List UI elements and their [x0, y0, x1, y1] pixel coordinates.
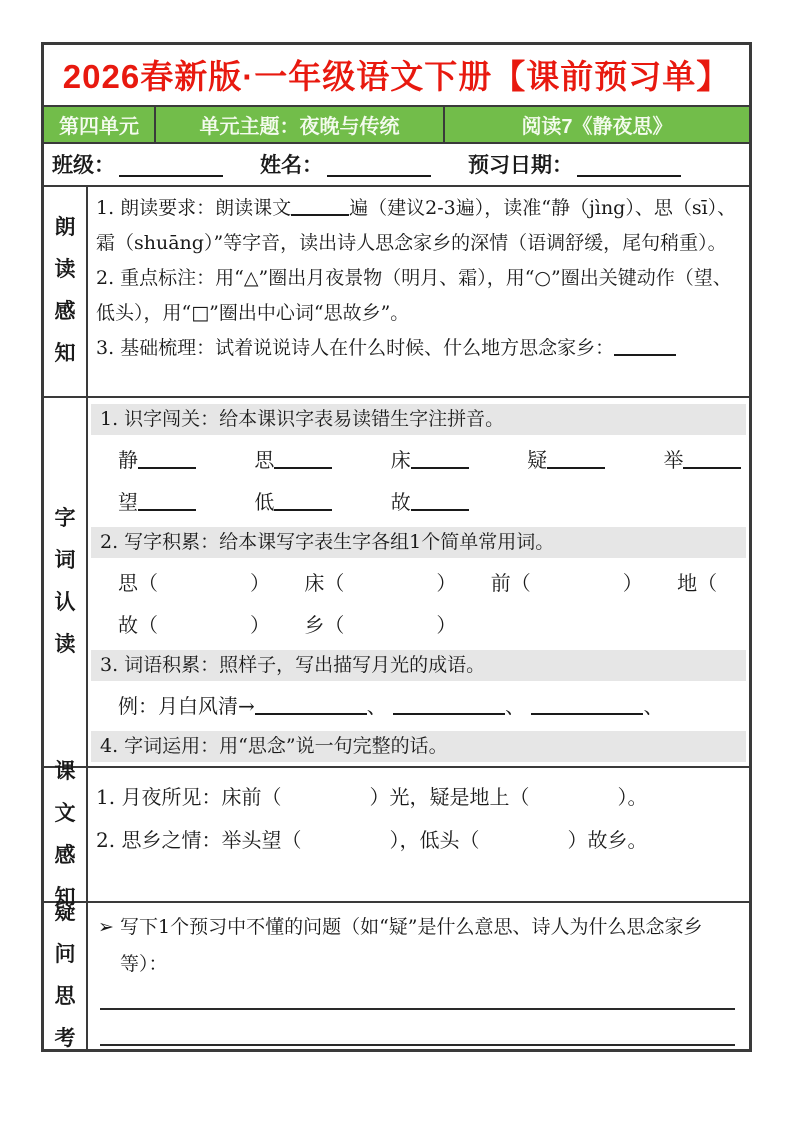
answer-line-2 — [100, 1010, 735, 1046]
section-label-text: 课文感知 — [44, 768, 88, 901]
blank-line — [614, 336, 676, 356]
blank-line — [411, 449, 469, 469]
section-reading: 朗读感知 1. 朗读要求：朗读课文遍（建议2-3遍），读准“静（jìng）、思（… — [44, 187, 749, 398]
blank-line — [255, 695, 367, 715]
name-label: 姓名： — [260, 149, 323, 179]
pinyin-row-2: 望 低 故 — [88, 481, 749, 523]
text-item-2: 2. 思乡之情：举头望（），低头（）故乡。 — [96, 819, 741, 862]
worksheet-page: 2026春新版·一年级语文下册【课前预习单】 第四单元 单元主题：夜晚与传统 阅… — [0, 0, 793, 1122]
words-task-2: 2. 写字积累：给本课写字表生字各组1个简单常用词。 — [91, 527, 746, 558]
blank-line — [393, 695, 505, 715]
blank-line — [291, 196, 349, 216]
name-blank-line — [327, 151, 431, 177]
section-question: 疑问思考 ➢ 写下1个预习中不懂的问题（如“疑”是什么意思、诗人为什么思念家乡等… — [44, 903, 749, 1049]
unit-cell: 第四单元 — [44, 107, 154, 142]
question-prompt: 写下1个预习中不懂的问题（如“疑”是什么意思、诗人为什么思念家乡等）： — [120, 909, 741, 983]
blank-line — [547, 449, 605, 469]
section-words: 字词认读 1. 识字闯关：给本课识字表易读错生字注拼音。 静 思 床 疑 举 望… — [44, 398, 749, 768]
blank-line — [274, 449, 332, 469]
section-label-words: 字词认读 — [44, 398, 88, 766]
unit-bar: 第四单元 单元主题：夜晚与传统 阅读7《静夜思》 — [44, 107, 749, 144]
text-item-1: 1. 月夜所见：床前（）光，疑是地上（）。 — [96, 776, 741, 819]
blank-line — [683, 449, 741, 469]
section-label-reading: 朗读感知 — [44, 187, 88, 396]
reading-item-3: 3. 基础梳理：试着说说诗人在什么时候、什么地方思念家乡： — [96, 331, 741, 366]
reading-item-1: 1. 朗读要求：朗读课文遍（建议2-3遍），读准“静（jìng）、思（sī）、霜… — [96, 191, 741, 261]
page-title: 2026春新版·一年级语文下册【课前预习单】 — [63, 51, 730, 98]
answer-line-1 — [100, 983, 735, 1010]
reading-item-2: 2. 重点标注：用“△”圈出月夜景物（明月、霜），用“○”圈出关键动作（望、低头… — [96, 261, 741, 331]
page-title-row: 2026春新版·一年级语文下册【课前预习单】 — [44, 45, 749, 107]
class-blank-line — [119, 151, 223, 177]
info-bar: 班级： 姓名： 预习日期： — [44, 144, 749, 186]
theme-cell: 单元主题：夜晚与传统 — [154, 107, 443, 142]
blank-line — [138, 449, 196, 469]
question-content: ➢ 写下1个预习中不懂的问题（如“疑”是什么意思、诗人为什么思念家乡等）： — [88, 903, 749, 1049]
section-text: 课文感知 1. 月夜所见：床前（）光，疑是地上（）。 2. 思乡之情：举头望（）… — [44, 768, 749, 903]
words-task-4: 4. 字词运用：用“思念”说一句完整的话。 — [91, 731, 746, 762]
worksheet-table: 2026春新版·一年级语文下册【课前预习单】 第四单元 单元主题：夜晚与传统 阅… — [41, 42, 752, 1052]
question-prompt-line: ➢ 写下1个预习中不懂的问题（如“疑”是什么意思、诗人为什么思念家乡等）： — [92, 909, 741, 983]
reading-content: 1. 朗读要求：朗读课文遍（建议2-3遍），读准“静（jìng）、思（sī）、霜… — [88, 187, 749, 396]
words-task-1: 1. 识字闯关：给本课识字表易读错生字注拼音。 — [91, 404, 746, 435]
words-task-3: 3. 词语积累：照样子，写出描写月光的成语。 — [91, 650, 746, 681]
text-content: 1. 月夜所见：床前（）光，疑是地上（）。 2. 思乡之情：举头望（），低头（）… — [88, 768, 749, 901]
blank-line — [138, 491, 196, 511]
lesson-cell: 阅读7《静夜思》 — [443, 107, 749, 142]
blank-line — [274, 491, 332, 511]
class-label: 班级： — [52, 149, 115, 179]
blank-line — [411, 491, 469, 511]
section-label-question: 疑问思考 — [44, 903, 88, 1049]
idiom-example-row: 例：月白风清→、 、 、 — [88, 685, 749, 727]
arrow-bullet-icon: ➢ — [92, 909, 120, 983]
pinyin-row-1: 静 思 床 疑 举 — [88, 439, 749, 481]
words-content: 1. 识字闯关：给本课识字表易读错生字注拼音。 静 思 床 疑 举 望 低 故 … — [88, 398, 749, 766]
word-build-row-2: 故（） 乡（） — [88, 604, 749, 646]
blank-line — [531, 695, 643, 715]
word-build-row-1: 思（） 床（） 前（） 地（） — [88, 562, 749, 604]
date-blank-line — [577, 151, 681, 177]
date-label: 预习日期： — [468, 149, 573, 179]
